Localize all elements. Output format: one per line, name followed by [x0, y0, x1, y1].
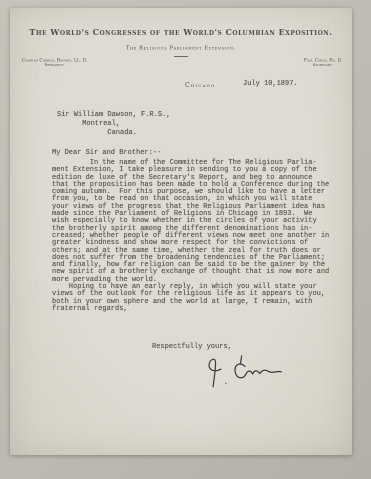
date-line: July 10,1897. — [243, 80, 298, 88]
scan-background: { "letterhead": { "organization": "The W… — [0, 0, 371, 479]
closing: Respectfully yours, — [152, 343, 232, 351]
secretary-block: Paul Carus, Ph. D. Secretary. — [304, 58, 342, 68]
president-block: Charles Carroll Bonney, LL. D. President… — [22, 58, 87, 68]
signature — [197, 351, 285, 391]
letterhead-organization: The World's Congresses of the World's Co… — [10, 27, 352, 37]
city-label: Chicago — [185, 82, 215, 89]
body-paragraph-2: Hoping to have an early reply, in which … — [52, 284, 325, 313]
salutation: My Dear Sir and Brother:-- — [52, 149, 161, 157]
secretary-title: Secretary. — [304, 63, 342, 68]
president-title: President. — [22, 63, 87, 68]
signature-ink-icon — [197, 351, 285, 391]
body-paragraph-1: In the name of the Committee for The Rel… — [52, 160, 329, 284]
letterhead-rule — [174, 56, 188, 57]
letter-paper: The World's Congresses of the World's Co… — [10, 8, 352, 455]
recipient-address: Sir William Dawson, F.R.S., Montreal, Ca… — [57, 111, 170, 138]
letterhead-department: The Religious Parliament Extension. — [36, 45, 327, 51]
